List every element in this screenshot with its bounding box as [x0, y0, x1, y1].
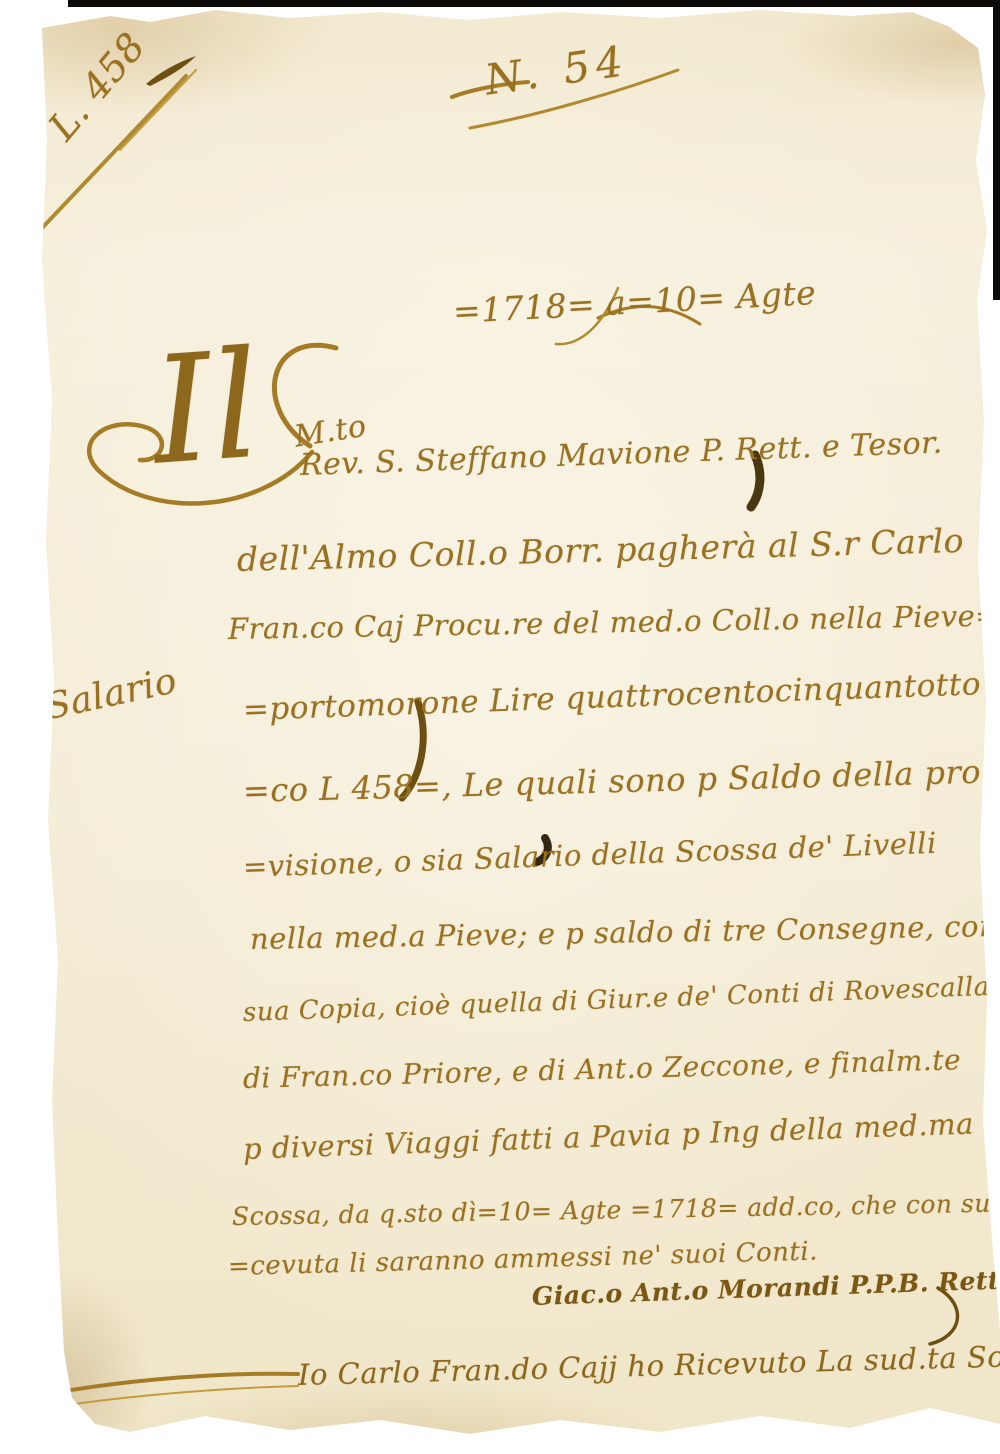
- manuscript-paper: L. 458 N. 54 =1718= a=10= Agte Salario I…: [0, 0, 1000, 1454]
- body-line: Fran.co Caj Procu.re del med.o Coll.o ne…: [228, 599, 1000, 646]
- ink-flourishes: [0, 0, 1000, 1454]
- scanner-edge-right: [993, 0, 1000, 300]
- body-line: p diversi Viaggi fatti a Pavia p Ing del…: [242, 1106, 974, 1165]
- date-line: =1718= a=10= Agte: [452, 273, 817, 331]
- body-line: =visione, o sia Salario della Scossa de'…: [242, 826, 937, 884]
- body-line: dell'Almo Coll.o Borr. pagherà al S.r Ca…: [236, 521, 964, 579]
- calligraphic-initial: Il: [148, 331, 265, 486]
- body-line: =portomorone Lire quattrocentocinquantot…: [242, 664, 1000, 728]
- receipt-acknowledgment: Io Carlo Fran.do Cajj ho Ricevuto La sud…: [298, 1339, 1000, 1392]
- body-line: di Fran.co Priore, e di Ant.o Zeccone, e…: [243, 1043, 962, 1095]
- body-line: Scossa, da q.sto dì=10= Agte =1718= add.…: [232, 1188, 1000, 1231]
- body-line: =co L 458=, Le quali sono p Saldo della …: [243, 752, 1000, 810]
- page-number: N. 54: [482, 36, 632, 105]
- corner-ledger-note: L. 458: [40, 24, 154, 148]
- body-line: Rev. S. Steffano Mavione P. Rett. e Teso…: [299, 426, 943, 483]
- body-line: nella med.a Pieve; e p saldo di tre Cons…: [250, 909, 999, 956]
- scanner-edge-top: [68, 0, 1000, 7]
- body-line: sua Copia, cioè quella di Giur.e de' Con…: [242, 972, 998, 1028]
- margin-note-salario: Salario: [42, 660, 181, 728]
